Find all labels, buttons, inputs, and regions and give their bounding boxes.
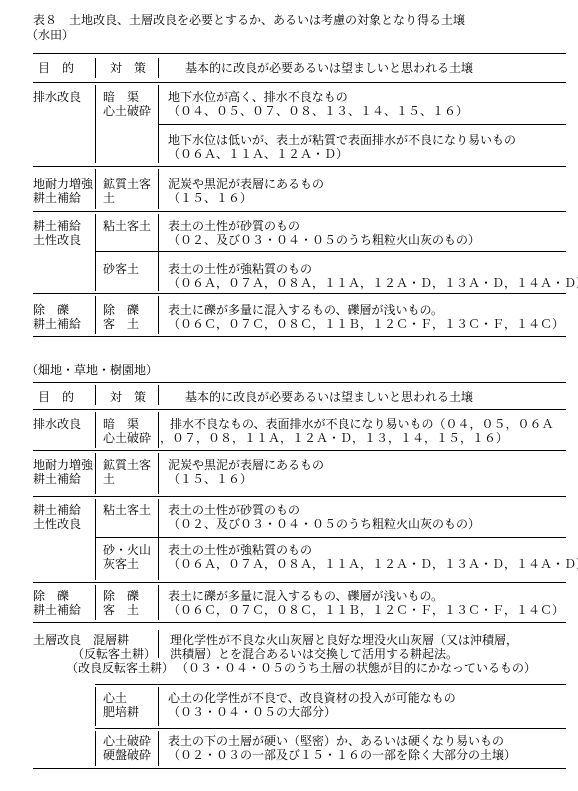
- t2-r4-measure-1: 除 礫: [103, 589, 139, 603]
- t2-r5-soil-1: 理化学性が不良な火山灰層と良好な埋没火山灰層（又は沖積層，: [170, 633, 518, 647]
- t1-r2-measure-2: 土: [103, 191, 115, 205]
- t2-r6-measure-1: 心土: [103, 691, 127, 705]
- t2-r5-soil-3: （０３・０４・０５のうち土層の状態が目的にかなっているもの）: [176, 661, 536, 675]
- t2-r3b-soil-2: （０６Ａ，０７Ａ，０８Ａ，１１Ａ，１２Ａ・Ｄ，１３Ａ・Ｄ，１４Ａ・Ｄ）: [168, 557, 578, 571]
- t2-vline-r2-1: [95, 453, 96, 494]
- t1-rule-sub-r3: [95, 251, 566, 252]
- t1-vline-r1-1: [95, 85, 96, 163]
- t2-r2-measure-2: 土: [103, 472, 115, 486]
- t2-r2-purpose-2: 耕土補給: [33, 472, 81, 486]
- t2-vline-r3-2: [158, 499, 159, 580]
- t1-vline-header-2: [158, 58, 159, 78]
- t2-rule-r5: [95, 684, 566, 685]
- t2-r4-purpose-2: 耕土補給: [33, 603, 81, 617]
- t1-vline-r2-1: [95, 169, 96, 209]
- t1-vline-r3-1: [95, 214, 96, 291]
- t2-r7-measure-2: 硬盤破砕: [103, 748, 151, 762]
- t2-r4-measure-2: 客 土: [103, 603, 139, 617]
- t2-r4-soil-2: （０６Ｃ，０７Ｃ，０８Ｃ，１１Ｂ，１２Ｃ・Ｆ，１３Ｃ・Ｆ，１４Ｃ）: [168, 603, 564, 617]
- t2-r1-soil-2: ，０７，０８，１１Ａ，１２Ａ・Ｄ，１３，１４，１５，１６）: [160, 431, 508, 445]
- t1-r4-measure-1: 除 礫: [103, 303, 139, 317]
- t2-rule-r2: [33, 496, 566, 497]
- t1-r3b-measure: 砂客土: [103, 262, 139, 276]
- t1-vline-r4-1: [95, 296, 96, 334]
- t1-r1-measure-1: 暗 渠: [103, 90, 139, 104]
- t1-r2-measure-1: 鉱質土客: [103, 177, 151, 191]
- section-label-upland: （畑地・草地・樹園地）: [26, 363, 158, 377]
- t2-r1-measure-2: 心土破砕: [103, 431, 151, 445]
- t1-rule-r3: [33, 293, 566, 294]
- t2-vline-r7-1: [95, 731, 96, 766]
- t1-rule-header: [33, 82, 566, 83]
- t2-vline-r1-2: [158, 412, 159, 448]
- t1-r1-soil-1b: （０４、０５、０７、０８、１３、１４、１５、１６）: [168, 104, 468, 118]
- t1-vline-r2-2: [158, 169, 159, 209]
- t2-vline-header-1: [95, 385, 96, 405]
- t2-r3b-soil-1: 表土の土性が強粘質のもの: [168, 543, 312, 557]
- t2-r2-purpose-1: 地耐力増強: [33, 458, 93, 472]
- t2-vline-r7-2: [158, 731, 159, 766]
- t1-r3-purpose-1: 耕土補給: [33, 219, 81, 233]
- t2-vline-r5: [158, 630, 159, 658]
- t2-r5-label-3: （改良反転客土耕）: [20, 661, 174, 675]
- t2-r3a-soil-2: （０２、及び０３・０４・０５のうち粗粒火山灰のもの）: [168, 517, 480, 531]
- t1-r4-soil-1: 表土に礫が多量に混入するもの、礫層が浅いもの。: [168, 303, 443, 317]
- t1-vline-r3-2: [158, 214, 159, 291]
- section-label-paddy: （水田）: [26, 28, 74, 42]
- t1-rule-r2: [33, 211, 566, 212]
- t1-header-measure: 対 策: [110, 61, 146, 75]
- page-title: 表８ 土地改良、土層改良を必要とするか、あるいは考慮の対象となり得る土壌: [33, 13, 465, 27]
- t1-r3b-soil-1: 表土の土性が強粘質のもの: [168, 262, 312, 276]
- t2-r1-purpose: 排水改良: [33, 417, 81, 431]
- t2-r6-measure-2: 肥培耕: [103, 705, 139, 719]
- t2-r6-soil-2: （０３・０４・０５の大部分）: [168, 705, 336, 719]
- t2-vline-r3-1: [95, 499, 96, 580]
- t2-rule-sub-r3: [95, 537, 566, 538]
- document-page: 表８ 土地改良、土層改良を必要とするか、あるいは考慮の対象となり得る土壌 （水田…: [0, 0, 578, 791]
- t2-r4-purpose-1: 除 礫: [33, 589, 69, 603]
- t2-r1-measure-1: 暗 渠: [103, 417, 139, 431]
- t1-r1-purpose: 排水改良: [33, 90, 81, 104]
- t2-r7-soil-2: （０２・０３の一部及び１５・１６の一部を除く大部分の土壌）: [168, 748, 516, 762]
- t1-header-purpose: 目 的: [38, 61, 74, 75]
- t1-rule-sub-r1: [158, 124, 566, 125]
- t1-r2-soil-1: 泥炭や黒泥が表層にあるもの: [168, 177, 324, 191]
- t2-r3b-measure-1: 砂・火山: [103, 543, 151, 557]
- t1-r4-purpose-1: 除 礫: [33, 303, 69, 317]
- t1-header-soil: 基本的に改良が必要あるいは望ましいと思われる土壌: [185, 61, 473, 75]
- t2-r3a-soil-1: 表土の土性が砂質のもの: [168, 503, 300, 517]
- t1-r1-soil-2a: 地下水位は低いが、表土が粘質で表面排水が不良になり易いもの: [168, 133, 516, 147]
- t2-r6-soil-1: 心土の化学性が不良で、改良資材の投入が可能なもの: [168, 691, 456, 705]
- t2-r2-soil-1: 泥炭や黒泥が表層にあるもの: [168, 458, 324, 472]
- t1-r3b-soil-2: （０６Ａ，０７Ａ，０８Ａ，１１Ａ，１２Ａ・Ｄ，１３Ａ・Ｄ，１４Ａ・Ｄ）: [168, 276, 578, 290]
- t1-rule-top: [33, 53, 566, 54]
- t2-vline-r2-2: [158, 453, 159, 494]
- t2-r5-label-2: （反転客土耕）: [20, 647, 156, 661]
- t2-r7-measure-1: 心土破砕: [103, 734, 151, 748]
- t2-r3b-measure-2: 灰客土: [103, 557, 139, 571]
- t1-vline-r4-2: [158, 296, 159, 334]
- t2-rule-bottom: [33, 768, 566, 769]
- t1-rule-bottom: [33, 336, 566, 337]
- t1-r1-soil-1a: 地下水位が高く、排水不良なもの: [168, 90, 348, 104]
- t2-vline-header-2: [158, 385, 159, 405]
- t1-r4-soil-2: （０６Ｃ，０７Ｃ，０８Ｃ，１１Ｂ，１２Ｃ・Ｆ，１３Ｃ・Ｆ，１４Ｃ）: [168, 317, 564, 331]
- t2-vline-r6-2: [158, 687, 159, 726]
- t2-r3-purpose-2: 土性改良: [33, 517, 81, 531]
- t2-r5-label-1: 土層改良 混層耕: [33, 633, 129, 647]
- t1-r3-purpose-2: 土性改良: [33, 233, 81, 247]
- t2-rule-header: [33, 409, 566, 410]
- t2-header-soil: 基本的に改良が必要あるいは望ましいと思われる土壌: [185, 390, 473, 404]
- t2-vline-r4-2: [158, 585, 159, 620]
- t1-vline-header-1: [95, 58, 96, 78]
- t2-rule-r3: [33, 582, 566, 583]
- t2-r7-soil-1: 表土の下の土層が硬い（堅密）か、あるいは硬くなり易いもの: [168, 734, 504, 748]
- t2-r4-soil-1: 表土に礫が多量に混入するもの、礫層が浅いもの。: [168, 589, 443, 603]
- t2-r2-soil-2: （１５、１６）: [168, 472, 252, 486]
- t1-r3a-soil-1: 表土の土性が砂質のもの: [168, 219, 300, 233]
- t2-rule-top: [33, 382, 566, 383]
- t1-r1-soil-2b: （０６Ａ、１１Ａ、１２Ａ・Ｄ）: [168, 147, 348, 161]
- t1-rule-r1: [33, 166, 566, 167]
- t1-vline-r1-2: [158, 85, 159, 163]
- t2-header-measure: 対 策: [110, 390, 146, 404]
- t1-r2-soil-2: （１５、１６）: [168, 191, 252, 205]
- t2-r2-measure-1: 鉱質土客: [103, 458, 151, 472]
- t2-r3a-measure: 粘土客土: [103, 503, 151, 517]
- t2-r5-soil-2: 洪積層）とを混合あるいは交換して活用する耕起法。: [170, 647, 458, 661]
- t2-header-purpose: 目 的: [38, 390, 74, 404]
- t1-r4-purpose-2: 耕土補給: [33, 317, 81, 331]
- t2-rule-r4: [33, 622, 566, 623]
- t2-r3-purpose-1: 耕土補給: [33, 503, 81, 517]
- t2-rule-r1: [33, 450, 566, 451]
- t2-rule-r6: [95, 728, 566, 729]
- t2-vline-r1-1: [95, 412, 96, 448]
- t1-r4-measure-2: 客 土: [103, 317, 139, 331]
- t2-r1-soil-1: 排水不良なもの、表面排水が不良になり易いもの（０４，０５，０６Ａ: [170, 417, 554, 431]
- t2-vline-r4-1: [95, 585, 96, 620]
- t1-r3a-measure: 粘土客土: [103, 219, 151, 233]
- t1-r3a-soil-2: （０２、及び０３・０４・０５のうち粗粒火山灰のもの）: [168, 233, 480, 247]
- t2-vline-r6-1: [95, 687, 96, 726]
- t1-r1-measure-2: 心土破砕: [103, 104, 151, 118]
- t1-r2-purpose-2: 耕土補給: [33, 191, 81, 205]
- t1-r2-purpose-1: 地耐力増強: [33, 177, 93, 191]
